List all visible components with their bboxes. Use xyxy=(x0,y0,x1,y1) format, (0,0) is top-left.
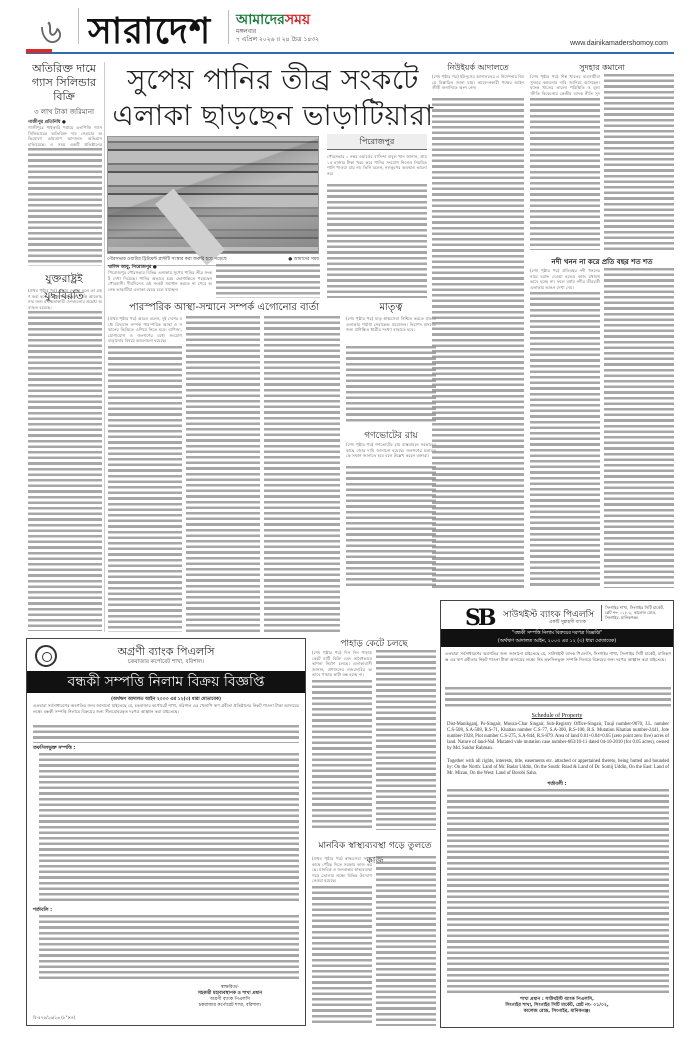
lead-photo-water-treatment-plant xyxy=(107,136,319,254)
democracy-headline[interactable]: গণভোটের রায় xyxy=(346,428,436,443)
gas-subhead: ৩ লাখ টাকা জরিমানা xyxy=(26,106,102,118)
ad-terms-label: শর্তাবলী : xyxy=(441,781,673,789)
ad-intro-continued xyxy=(33,725,299,743)
lead-headline[interactable]: সুপেয় পানির তীব্র সংকটে এলাকা ছাড়ছেন ভ… xyxy=(108,62,438,134)
header-accent xyxy=(26,49,52,53)
democracy-body: (শেষ পৃষ্ঠার পর) গণভোটের রায় বাস্তবায়ন… xyxy=(346,442,436,464)
relations-headline[interactable]: পারস্পরিক আস্থা-সম্মানে সম্পর্ক এগোনোর ব… xyxy=(108,300,340,317)
schedule-of-property-text: Dist-Manikganj, Ps-Singair, Mouza-Char S… xyxy=(447,722,669,752)
ad-tagline: একটি সুন্নাহসী ব্যাংক xyxy=(549,619,586,626)
health-col2 xyxy=(376,856,436,1026)
relations-body-continued xyxy=(108,346,182,632)
river-body: (শেষ পৃষ্ঠার পর) প্রতিবছর নদী খননের নামে… xyxy=(530,268,600,290)
ad-branch-address: সিংগাইর শাখা, সিংগাইর সিটি মার্কেট, প্লে… xyxy=(601,605,671,621)
us-body-continued xyxy=(28,311,102,631)
river-body-continued xyxy=(530,292,600,588)
weekday: মঙ্গলবার xyxy=(236,28,319,36)
ad-intro: এতদ্বারা সর্বসাধারণের অবগতির জন্য জানানো… xyxy=(445,651,671,685)
relations-col2 xyxy=(186,316,260,632)
signatory-branch: চকবাজার কর্পোরেট শাখা, বরিশাল। xyxy=(175,1003,285,1009)
ad-schedule-label: তফসিলভুক্ত সম্পত্তি : xyxy=(33,745,75,753)
motherhood-body: (শেষ পৃষ্ঠার পর) মাতৃ স্বাস্থ্যসেবা নিশ্… xyxy=(346,316,436,344)
ad-schedule-list xyxy=(39,753,299,903)
caption-text: পৌরসভার ওয়াটার ট্রিটমেন্ট প্লান্টটি সংস… xyxy=(107,256,227,263)
lead-body-right: পৌরসভার ১ নম্বর ওয়ার্ডের বাসিন্দা বাবুল… xyxy=(327,154,427,182)
relations-body: (প্রথম পৃষ্ঠার পর) আরও বলেন, দুই দেশের ম… xyxy=(108,316,182,344)
ad-terms-label: শর্তাবলি : xyxy=(33,907,52,915)
brand-part-2: সময় xyxy=(285,12,310,28)
newyork-body-continued xyxy=(432,98,524,588)
ad-intro: এতদ্বারা সর্বসাধারণের অবগতির জন্য জানানো… xyxy=(33,703,299,723)
lead-headline-line-1: সুপেয় পানির তীব্র সংকটে xyxy=(108,62,438,98)
ad-title: বন্ধকী সম্পত্তি নিলাম বিক্রয় বিজ্ঞপ্তি xyxy=(27,671,305,693)
schedule-boundaries-text: Together with all rights, interests, tit… xyxy=(447,759,669,777)
motherhood-body-continued xyxy=(346,346,436,424)
river-headline[interactable]: নদী খনন না করে প্রতি বছর শত শত xyxy=(530,256,674,268)
ad-intro-continued xyxy=(445,687,671,709)
footer-line-3: কালেজ রোড, সিংগাইর, মানিকগঞ্জ। xyxy=(441,1009,673,1015)
hill-cutting-body-continued xyxy=(312,680,372,830)
column-rule xyxy=(104,62,105,632)
us-body: (প্রথম পৃষ্ঠার পর) প্রস্তাব দেওয়া হলে ত… xyxy=(28,288,102,310)
brand-part-1: আমাদের xyxy=(236,12,285,28)
page-number: ৬ xyxy=(40,6,62,63)
interest-rate-body: (শেষ পৃষ্ঠার পর) শিল্প খাতের ব্যবসায়ীরা… xyxy=(530,74,600,96)
lead-body-col2 xyxy=(216,264,320,298)
interest-rate-body-continued xyxy=(530,98,600,250)
lead-kicker: পিরোজপুর xyxy=(327,134,427,150)
ad-reference: বি-৫৭৫/২৬/২৬ (৮"×৪) xyxy=(33,1015,75,1022)
lead-headline-line-2: এলাকা ছাড়ছেন ভাড়াটিয়ারা xyxy=(108,98,438,134)
header-rule xyxy=(26,52,674,54)
ad-title-bar: "বন্ধকী সম্পত্তি নিলাম বিক্রয়ের দরপত্র … xyxy=(441,629,673,647)
health-body-continued xyxy=(312,886,372,1026)
democracy-body-continued xyxy=(346,466,436,586)
lead-body-right-continued xyxy=(327,184,427,298)
gas-body: গাজীপুরে পাইকারি পর্যায়ে এলপিজি গ্যাস স… xyxy=(28,125,102,147)
hill-cutting-body: (শেষ পৃষ্ঠার পর) দিন দিন পাহাড় কেটে মাট… xyxy=(312,650,372,678)
ad-branch: চকবাজার কর্পোরেট শাখা, বরিশাল। xyxy=(27,659,305,667)
schedule-of-property-title: Schedule of Property xyxy=(441,713,673,719)
gas-headline[interactable]: অতিরিক্ত দামে গ্যাস সিলিন্ডার বিক্রি xyxy=(26,62,102,104)
header-divider xyxy=(78,8,79,44)
southeast-bank-auction-notice[interactable]: SB সাউথইস্ট ব্যাংক পিএলসি একটি সুন্নাহসী… xyxy=(440,600,674,1028)
ad-signature-block: স্বাক্ষরিত/- সহকারী মহাব্যবস্থাপক ও শাখা… xyxy=(175,985,285,1009)
ad-terms-list xyxy=(447,789,669,993)
relations-col3 xyxy=(264,316,340,632)
health-body: (প্রথম পৃষ্ঠার পর) স্বাস্থ্যসেবা সবার কা… xyxy=(312,856,372,884)
ad-footer: শাখা প্রধান : সাউথইস্ট ব্যাংক পিএলসি, সি… xyxy=(441,997,673,1015)
agrani-bank-auction-notice[interactable]: অগ্রণী ব্যাংক পিএলসি চকবাজার কর্পোরেট শা… xyxy=(26,638,306,1026)
ad-terms-list xyxy=(39,915,299,981)
interest-rate-col2 xyxy=(604,74,674,250)
header-divider xyxy=(228,10,229,44)
section-title: সারাদেশ xyxy=(88,4,211,64)
date: ৭ এপ্রিল ২০২৬ ॥ ২৪ চৈত্র ১৪৩২ xyxy=(236,36,319,44)
website-link[interactable]: www.dainikamadershomoy.com xyxy=(570,40,668,47)
hill-cutting-headline[interactable]: পাহাড় কেটে চলছে xyxy=(314,636,434,651)
issue-date: মঙ্গলবার ৭ এপ্রিল ২০২৬ ॥ ২৪ চৈত্র ১৪৩২ xyxy=(236,28,319,44)
newyork-body: (শেষ পৃষ্ঠার পর) ইউনূসের আদালতের এ নির্দ… xyxy=(432,74,524,96)
hill-cutting-col2 xyxy=(376,650,436,830)
photo-credit: ● আমাদের সময় xyxy=(288,256,319,263)
ad-title: "বন্ধকী সম্পত্তি নিলাম বিক্রয়ের দরপত্র … xyxy=(441,630,673,638)
ad-law-note: (অর্থঋণ আদালত আইন ২০০৩ এর ১২(৩) ধারা মোত… xyxy=(27,696,305,703)
lead-body: পিরোজপুর পৌরসভার বিভিন্ন এলাকায় সুপেয় … xyxy=(108,270,212,298)
ad-law-note: (অর্থঋণ আদালত আইন, ২০০৩ এর ১২ (৩) ধারা ম… xyxy=(441,638,673,646)
motherhood-headline[interactable]: মাতৃত্ব xyxy=(346,300,436,317)
river-col2 xyxy=(604,268,674,588)
gas-body-continued xyxy=(28,148,102,266)
southeast-bank-logo-icon: SB xyxy=(465,605,493,631)
